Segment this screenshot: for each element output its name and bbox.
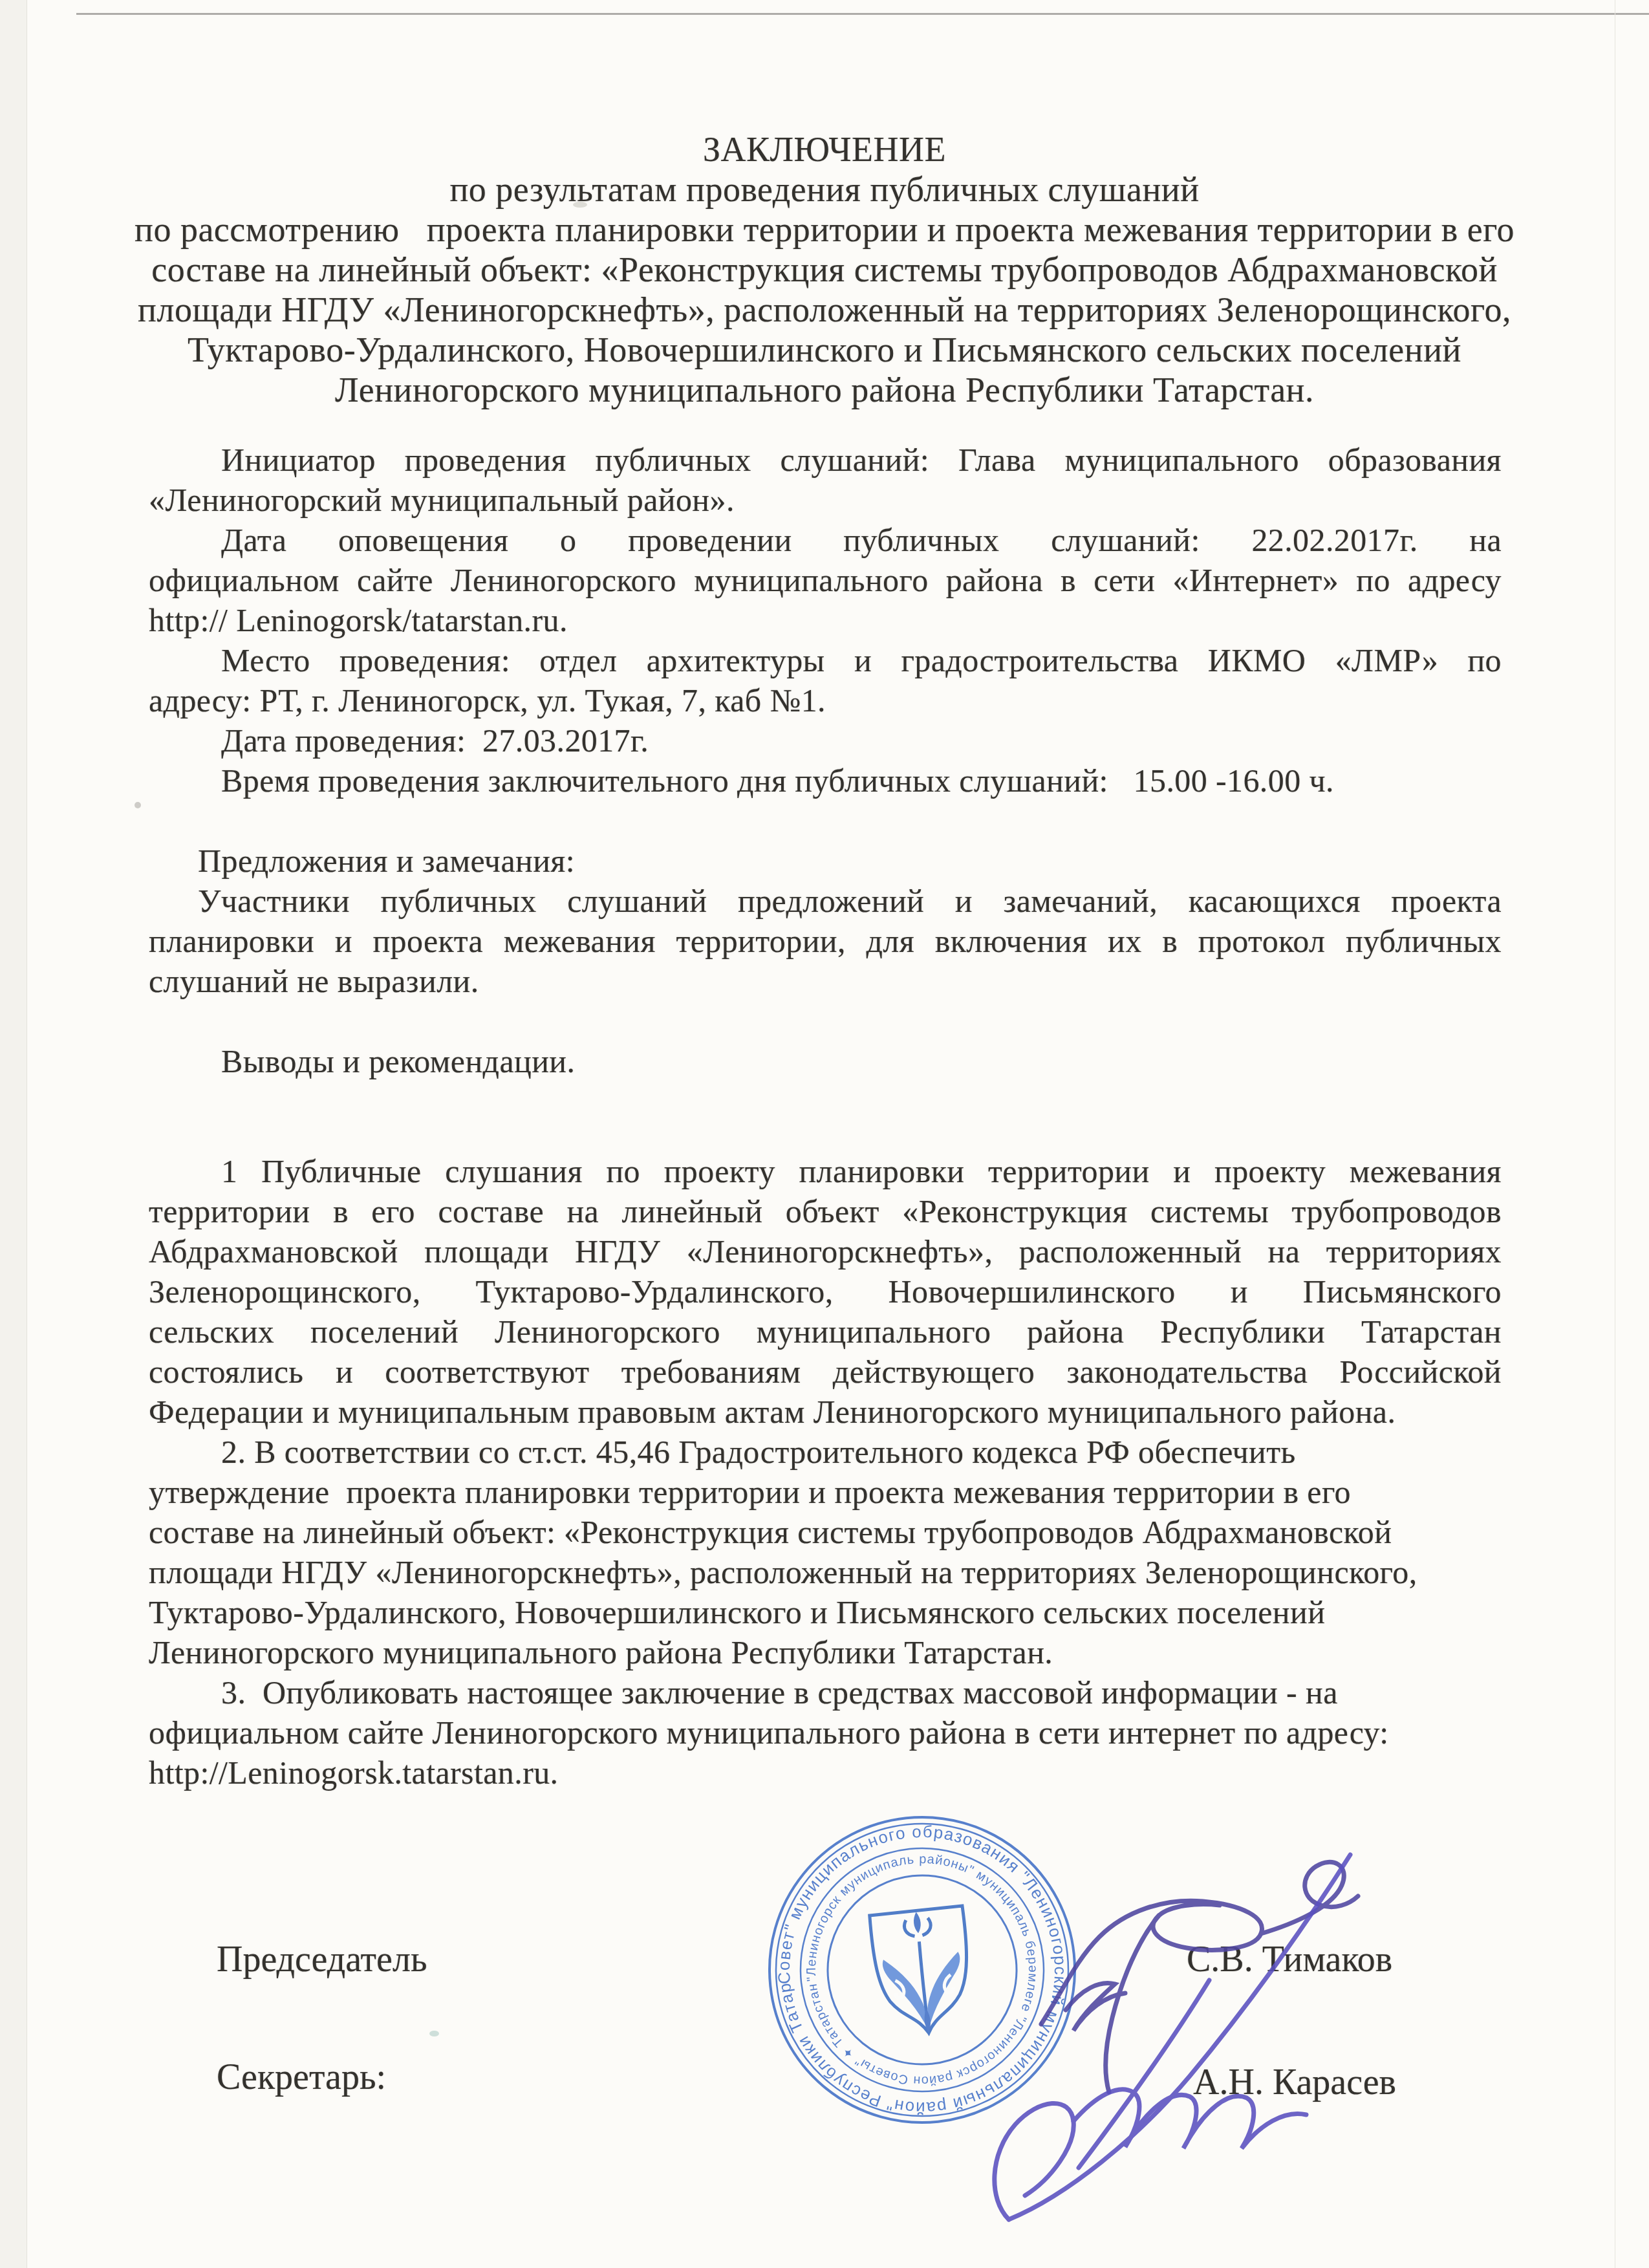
document-title-block: ЗАКЛЮЧЕНИЕ по результатам проведения пуб… [133, 129, 1516, 410]
document-line: Туктарово-Урдалинского, Новочершилинског… [149, 1592, 1502, 1632]
title-line: ЗАКЛЮЧЕНИЕ [133, 129, 1516, 169]
document-page: ЗАКЛЮЧЕНИЕ по результатам проведения пуб… [0, 0, 1649, 2268]
title-line: Туктарово-Урдалинского, Новочершилинског… [133, 330, 1516, 370]
document-line: состоялись и соответствуют требованиям д… [149, 1352, 1502, 1392]
document-line: Время проведения заключительного дня пуб… [149, 761, 1502, 801]
document-line: Лениногорского муниципального района Рес… [149, 1632, 1502, 1672]
document-line: официальном сайте Лениногорского муницип… [149, 560, 1502, 600]
scan-left-edge [0, 0, 27, 2268]
scan-right-edge-line [1615, 0, 1615, 2268]
title-line: по рассмотрению проекта планировки терри… [133, 210, 1516, 250]
document-line: Выводы и рекомендации. [149, 1041, 1502, 1081]
document-line: официальном сайте Лениногорского муницип… [149, 1712, 1502, 1753]
secretary-label: Секретарь: [217, 2058, 386, 2097]
document-line: Место проведения: отдел архитектуры и гр… [149, 640, 1502, 680]
title-line: составе на линейный объект: «Реконструкц… [133, 250, 1516, 290]
document-line: Федерации и муниципальным правовым актам… [149, 1392, 1502, 1432]
document-line: адресу: РТ, г. Лениногорск, ул. Тукая, 7… [149, 680, 1502, 720]
document-line: «Лениногорский муниципальный район». [149, 480, 1502, 520]
scan-speck [135, 802, 141, 808]
document-line: составе на линейный объект: «Реконструкц… [149, 1512, 1502, 1552]
title-line: площади НГДУ «Лениногорскнефть», располо… [133, 290, 1516, 330]
document-line: утверждение проекта планировки территори… [149, 1472, 1502, 1512]
document-line: сельских поселений Лениногорского муници… [149, 1312, 1502, 1352]
scanned-document: { "document": { "title_lines": [ "ЗАКЛЮЧ… [0, 0, 1649, 2268]
document-line: http:// Leninogorsk/tatarstan.ru. [149, 600, 1502, 640]
chairman-name: С.В. Тимаков [1187, 1940, 1392, 1979]
document-line: Абдрахмановской площади НГДУ «Лениногорс… [149, 1231, 1502, 1271]
document-line: площади НГДУ «Лениногорскнефть», располо… [149, 1552, 1502, 1592]
municipal-seal-stamp: Совет" муниципального образования "Ленин… [751, 1799, 1093, 2141]
document-line: http://Leninogorsk.tatarstan.ru. [149, 1753, 1502, 1793]
document-line: Предложения и замечания: [149, 841, 1502, 881]
document-body: Инициатор проведения публичных слушаний:… [149, 440, 1502, 1793]
title-line: Лениногорского муниципального района Рес… [133, 370, 1516, 410]
document-line: Дата проведения: 27.03.2017г. [149, 720, 1502, 761]
document-line: Инициатор проведения публичных слушаний:… [149, 440, 1502, 480]
document-line: 1 Публичные слушания по проекту планиров… [149, 1151, 1502, 1191]
document-line: Зеленорощинского, Туктарово-Урдалинского… [149, 1271, 1502, 1312]
document-line: 2. В соответствии со ст.ст. 45,46 Градос… [149, 1432, 1502, 1472]
scan-top-edge-line [76, 13, 1649, 15]
chairman-label: Председатель [217, 1940, 427, 1979]
document-line: территории в его составе на линейный объ… [149, 1191, 1502, 1231]
coat-of-arms-icon [869, 1906, 975, 2038]
document-line: Участники публичных слушаний предложений… [149, 881, 1502, 921]
secretary-name: А.Н. Карасев [1193, 2063, 1396, 2102]
document-line: слушаний не выразили. [149, 961, 1502, 1001]
title-line: по результатам проведения публичных слуш… [133, 169, 1516, 210]
document-line: Дата оповещения о проведении публичных с… [149, 520, 1502, 560]
scan-speck [429, 2031, 439, 2036]
document-line: планировки и проекта межевания территори… [149, 921, 1502, 961]
document-line: 3. Опубликовать настоящее заключение в с… [149, 1672, 1502, 1712]
